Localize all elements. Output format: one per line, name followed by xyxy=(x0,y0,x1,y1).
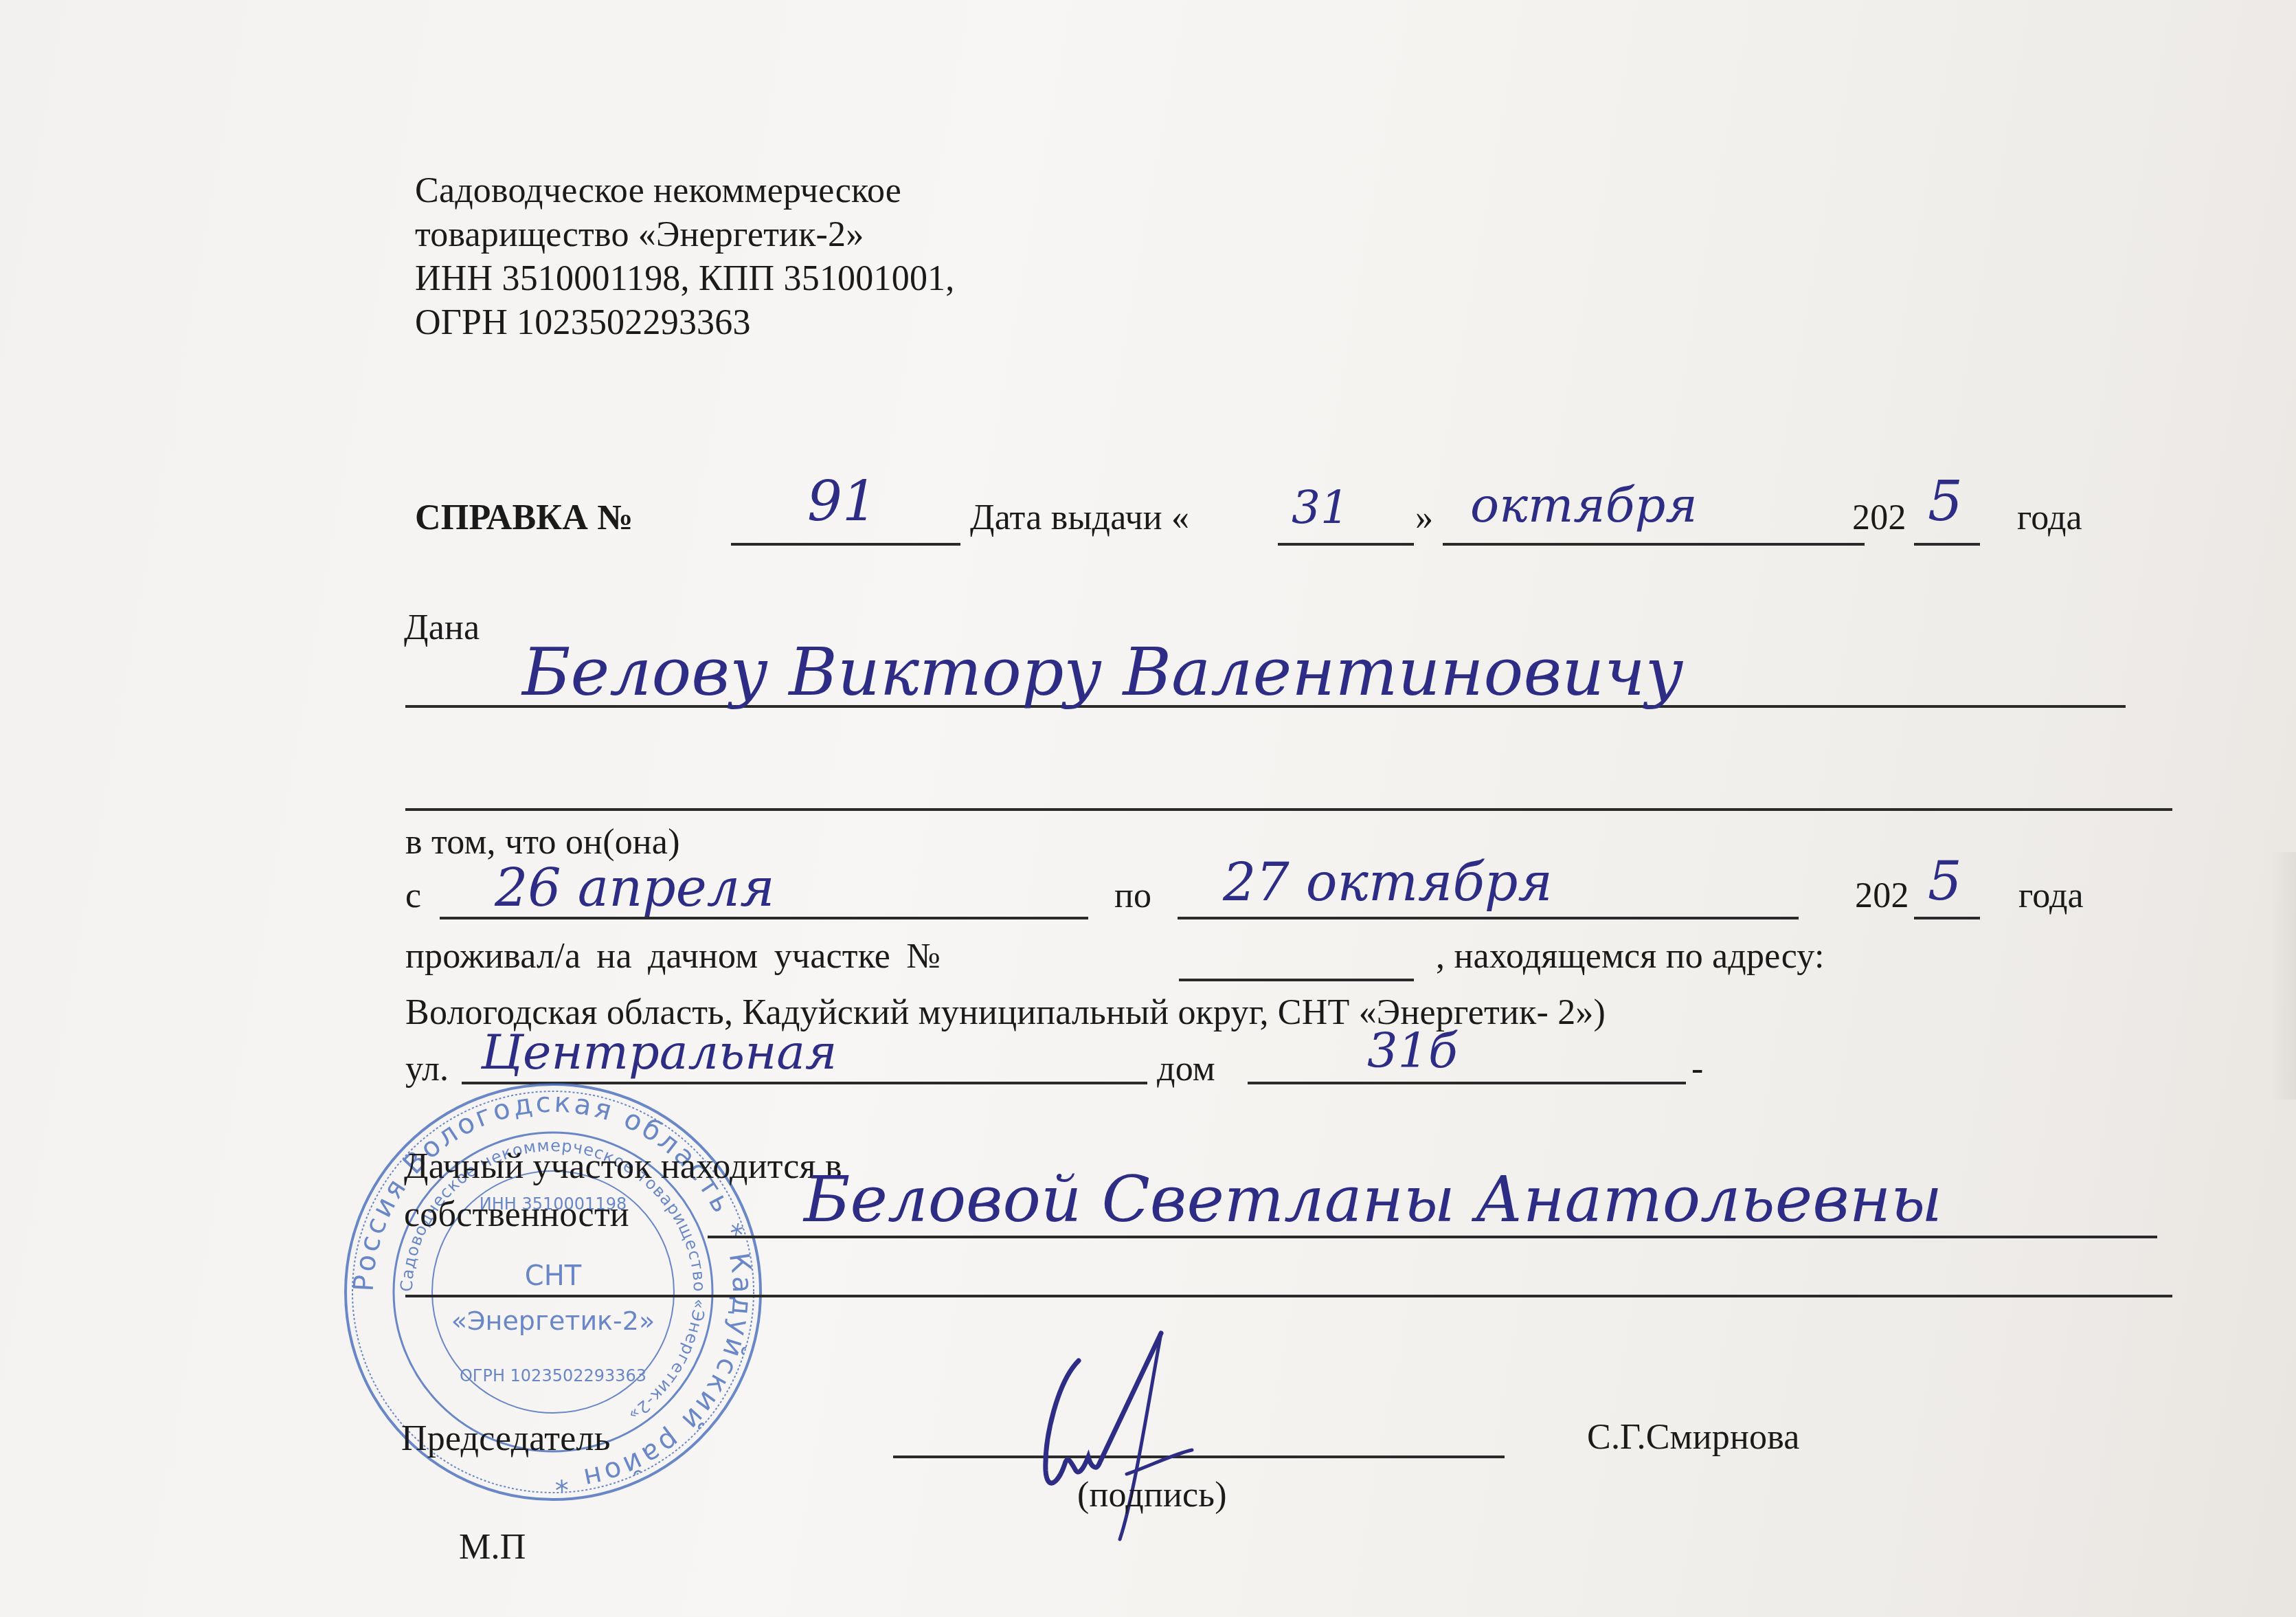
ownership-label-line2: собственности xyxy=(404,1197,629,1233)
located-text: , находящемся по адресу: xyxy=(1436,939,1825,974)
residence-year-suffix: года xyxy=(2018,878,2084,914)
from-date: 26 апреля xyxy=(495,862,774,914)
recipient-line-2 xyxy=(405,808,2172,811)
residence-year-digit: 5 xyxy=(1928,855,1962,908)
year-suffix: года xyxy=(2017,500,2082,536)
certificate-title: СПРАВКА № xyxy=(415,500,633,536)
issue-date-label: Дата выдачи « xyxy=(970,500,1189,536)
to-label: по xyxy=(1114,878,1151,914)
seal-mark: М.П xyxy=(459,1530,526,1565)
plot-number-line xyxy=(1179,979,1414,981)
street-value: Центральная xyxy=(481,1028,837,1076)
issue-day-close: » xyxy=(1415,500,1433,536)
owner-line-2 xyxy=(405,1295,2172,1297)
issue-day-line xyxy=(1278,543,1414,546)
issue-year-digit: 5 xyxy=(1928,474,1963,529)
year-prefix: 202 xyxy=(1852,500,1906,536)
issue-month-line xyxy=(1443,543,1865,546)
residence-year-prefix: 202 xyxy=(1855,878,1909,914)
org-inn-kpp: ИНН 3510001198, КПП 351001001, xyxy=(415,261,955,297)
house-value: 31б xyxy=(1367,1027,1458,1075)
chairman-name: С.Г.Смирнова xyxy=(1587,1420,1799,1456)
number-field-line xyxy=(731,543,960,546)
certificate-number: 91 xyxy=(807,474,877,529)
house-label: дом xyxy=(1157,1051,1215,1087)
org-name-line1: Садоводческое некоммерческое xyxy=(415,173,901,209)
issue-month: октября xyxy=(1470,481,1698,529)
to-date-line xyxy=(1178,917,1799,919)
org-ogrn: ОГРН 1023502293363 xyxy=(415,305,751,341)
stamp-center-line1: СНТ xyxy=(525,1260,582,1292)
chairman-role: Председатель xyxy=(401,1421,611,1457)
issue-year-line xyxy=(1914,543,1980,546)
paper-edge-shadow xyxy=(2269,852,2296,1100)
org-name-line2: товарищество «Энергетик-2» xyxy=(415,217,864,253)
recipient-name: Белову Виктору Валентиновичу xyxy=(522,639,1684,705)
residence-intro: в том, что он(она) xyxy=(405,825,680,860)
owner-name: Беловой Светланы Анатольевны xyxy=(804,1168,1942,1231)
ownership-label-line1: Дачный участок находится в xyxy=(404,1149,842,1185)
signature-caption: (подпись) xyxy=(1077,1477,1227,1513)
house-line xyxy=(1248,1082,1686,1084)
from-label: с xyxy=(405,878,421,914)
stamp-center-line2: «Энергетик-2» xyxy=(451,1306,655,1336)
house-end-mark: - xyxy=(1691,1051,1704,1087)
lived-text: проживал/а на дачном участке № xyxy=(405,939,941,974)
stamp-ogrn: ОГРН 1023502293363 xyxy=(460,1366,646,1385)
to-date: 27 октября xyxy=(1223,856,1553,908)
recipient-label: Дана xyxy=(404,610,480,646)
residence-year-line xyxy=(1914,917,1980,919)
issue-day: 31 xyxy=(1292,485,1349,531)
